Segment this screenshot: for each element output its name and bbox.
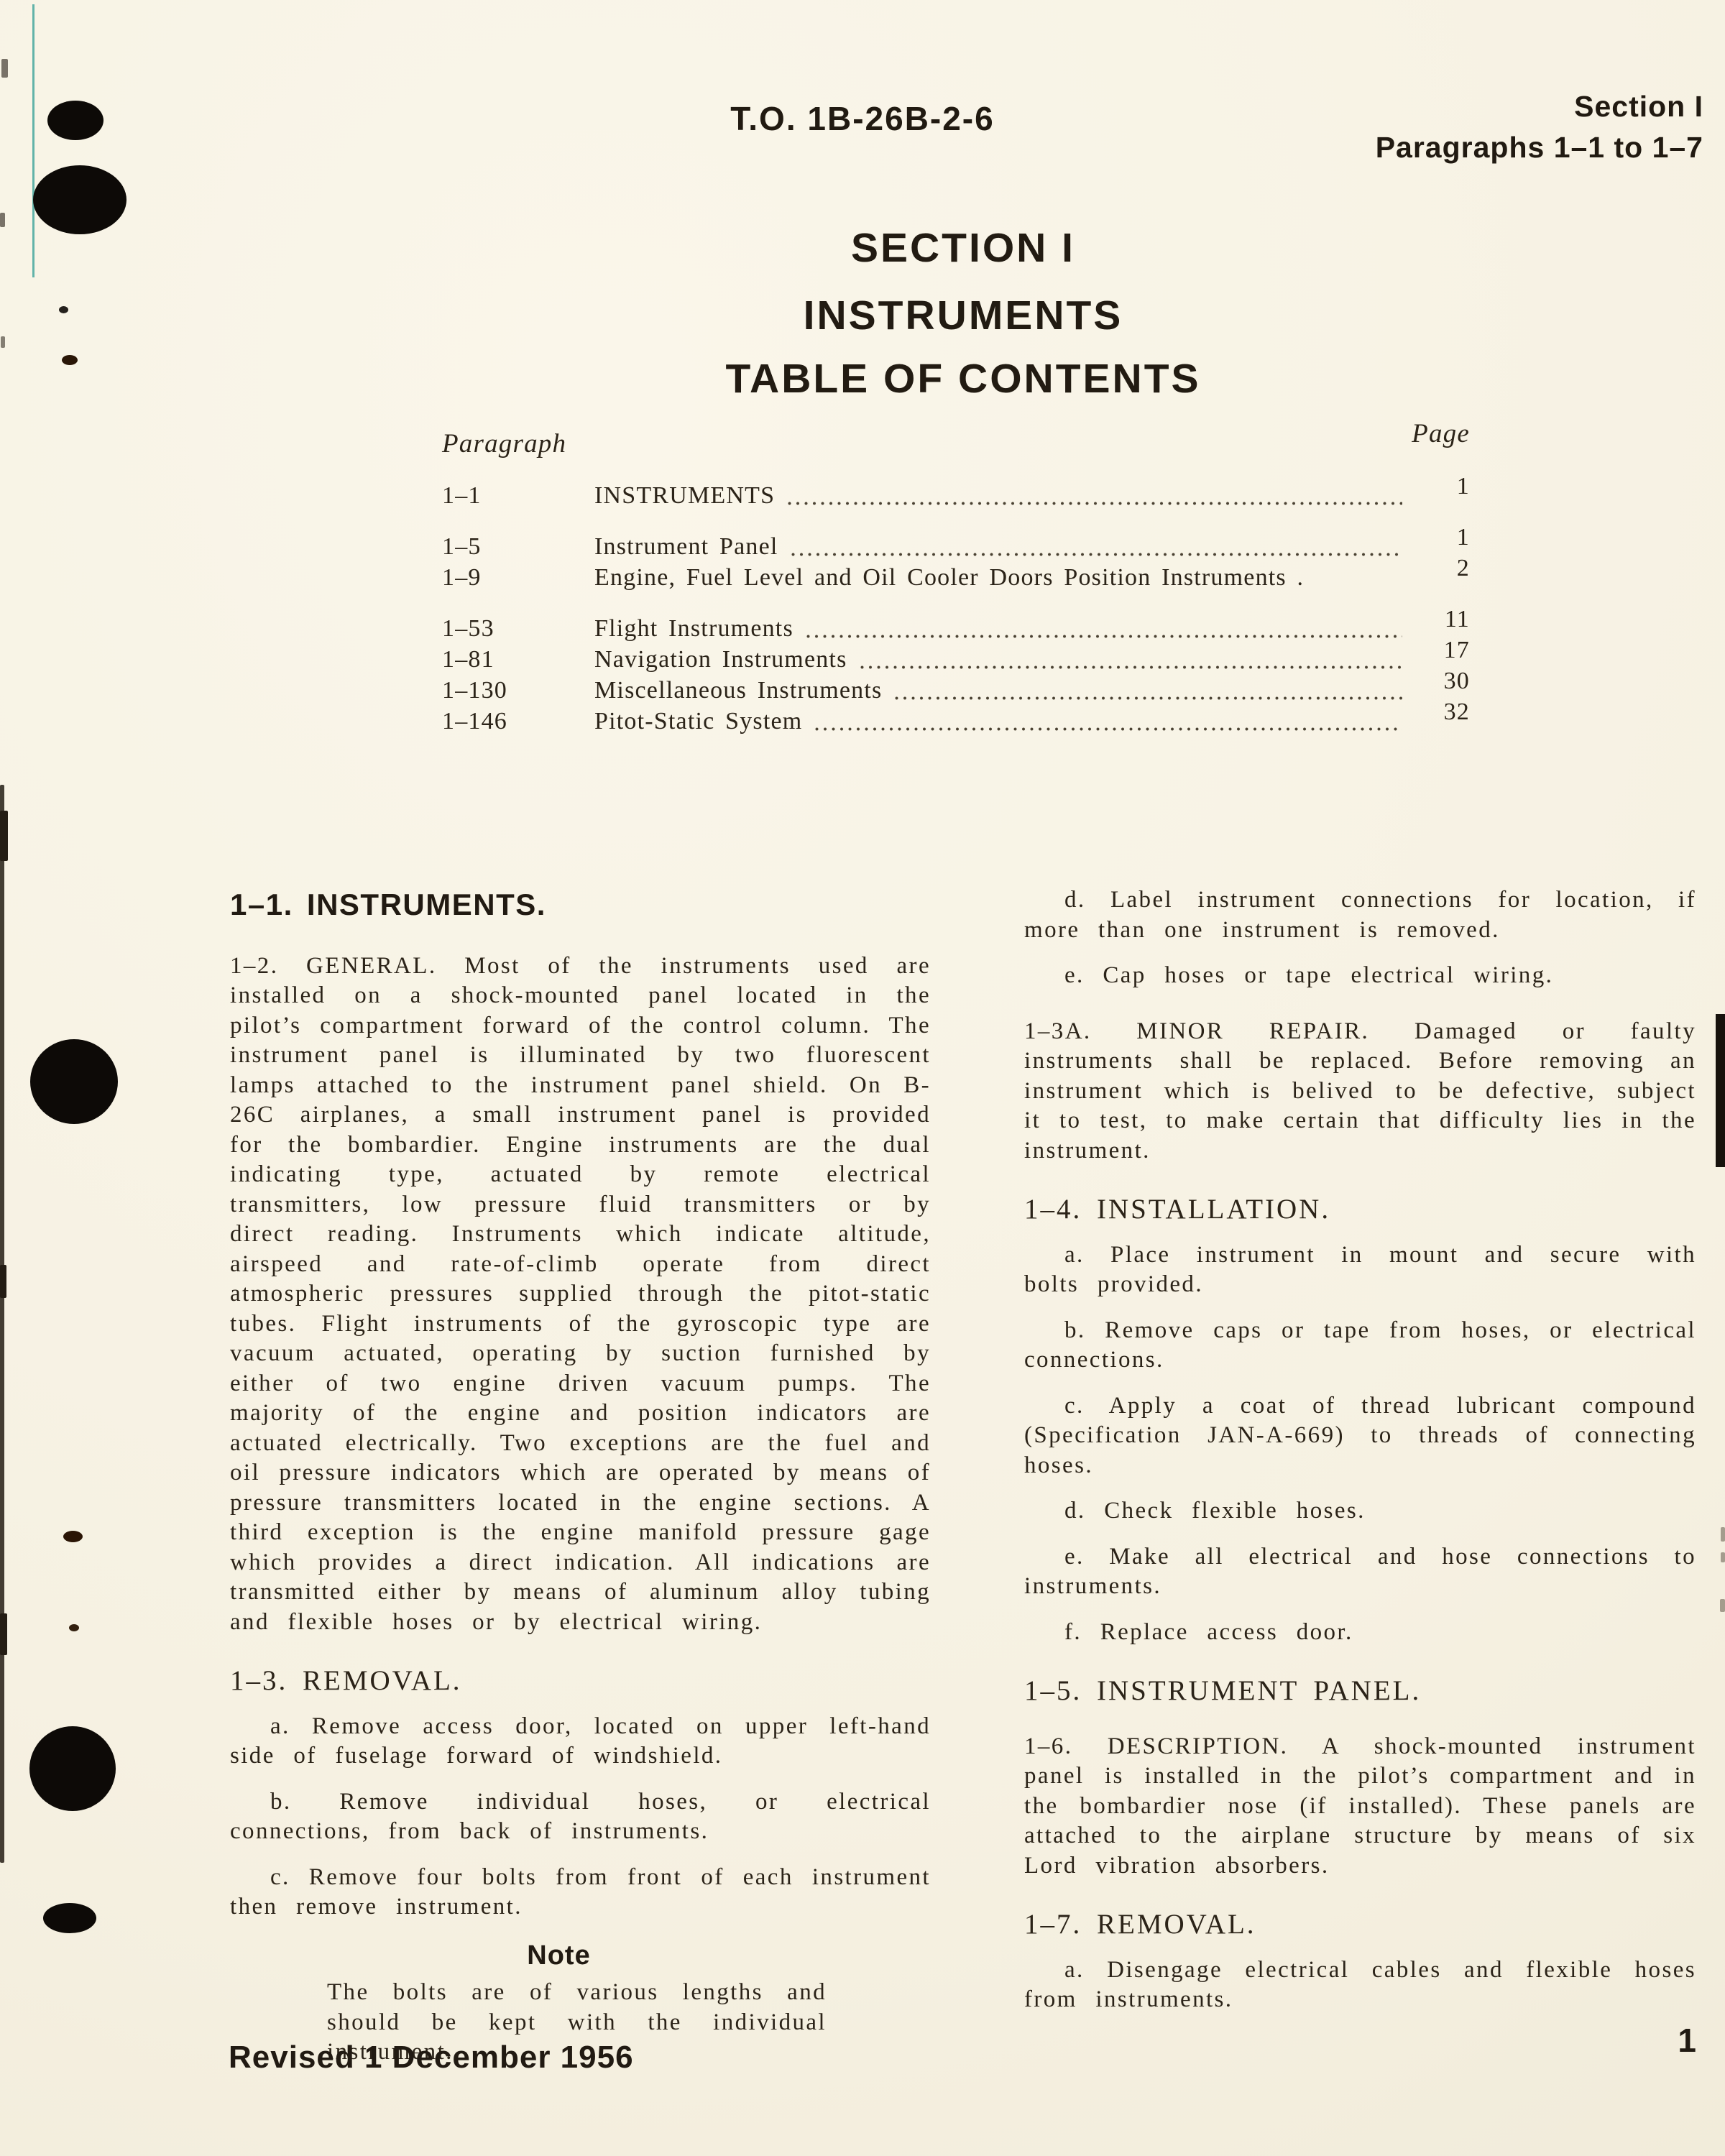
toc-dot-leader xyxy=(1317,566,1402,588)
toc-page-number: 1 xyxy=(1414,472,1470,501)
ink-dot-mark xyxy=(69,1624,79,1631)
numbered-heading: 1–5. INSTRUMENT PANEL. xyxy=(1024,1676,1696,1706)
toc-page-number: 17 xyxy=(1414,636,1470,665)
header-right-block: Section I Paragraphs 1–1 to 1–7 xyxy=(1376,86,1703,168)
punch-hole-mark xyxy=(33,165,126,234)
toc-dot-leader xyxy=(895,679,1402,701)
punch-hole-mark xyxy=(30,1039,118,1124)
toc-paragraph-number: 1–146 xyxy=(442,707,594,736)
binder-edge-mark xyxy=(1,336,5,348)
section-heading: 1–1. INSTRUMENTS. xyxy=(230,890,931,920)
toc-row: 1–146Pitot-Static System32 xyxy=(442,707,1470,736)
toc-page-number: 1 xyxy=(1414,523,1470,552)
toc-row: 1–5Instrument Panel1 xyxy=(442,533,1470,561)
toc-row: 1–130Miscellaneous Instruments30 xyxy=(442,676,1470,705)
toc-entry-title: Miscellaneous Instruments xyxy=(594,676,882,705)
toc-entry-title: Pitot-Static System xyxy=(594,707,802,736)
toc-paragraph-number: 1–130 xyxy=(442,676,594,705)
toc-row: 1–9Engine, Fuel Level and Oil Cooler Doo… xyxy=(442,563,1470,592)
punch-hole-mark xyxy=(43,1903,96,1933)
binder-edge-mark xyxy=(0,811,8,861)
toc-page-number: 30 xyxy=(1414,667,1470,696)
toc-row: 1–1INSTRUMENTS1 xyxy=(442,482,1470,510)
numbered-heading: 1–4. INSTALLATION. xyxy=(1024,1194,1696,1225)
numbered-heading: 1–3. REMOVAL. xyxy=(230,1666,931,1696)
ink-dot-mark xyxy=(59,306,68,313)
toc-page-number: 32 xyxy=(1414,698,1470,727)
toc-dot-leader xyxy=(815,710,1402,732)
toc-dot-leader xyxy=(788,484,1402,506)
left-column: 1–1. INSTRUMENTS.1–2. GENERAL. Most of t… xyxy=(230,890,931,2068)
binder-edge-mark xyxy=(1,59,8,78)
paragraph: c. Remove four bolts from front of each … xyxy=(230,1863,931,1922)
punch-hole-mark xyxy=(29,1726,116,1811)
toc-paragraph-number: 1–81 xyxy=(442,645,594,674)
toc-paragraph-header: Paragraph xyxy=(442,428,566,459)
toc-entry-title: Flight Instruments xyxy=(594,614,793,643)
toc-entry-title: Engine, Fuel Level and Oil Cooler Doors … xyxy=(594,563,1304,592)
toc-title: TABLE OF CONTENTS xyxy=(230,355,1696,402)
paragraph: c. Apply a coat of thread lubricant comp… xyxy=(1024,1391,1696,1481)
toc-dot-leader xyxy=(791,535,1402,557)
ink-dot-mark xyxy=(62,355,78,365)
toc-paragraph-number: 1–5 xyxy=(442,533,594,561)
scan-edge-artifact xyxy=(1721,1527,1725,1542)
right-column: d. Label instrument connections for loca… xyxy=(1024,885,1696,2015)
punch-hole-mark xyxy=(47,101,103,140)
toc-paragraph-number: 1–9 xyxy=(442,563,594,592)
paragraph: e. Cap hoses or tape electrical wiring. xyxy=(1024,961,1696,991)
toc-header-row: Paragraph Page xyxy=(442,428,1470,459)
paragraph: a. Remove access door, located on upper … xyxy=(230,1712,931,1772)
paragraph: d. Check flexible hoses. xyxy=(1024,1496,1696,1526)
paragraph: b. Remove caps or tape from hoses, or el… xyxy=(1024,1316,1696,1376)
footer-page-number: 1 xyxy=(1639,2021,1696,2060)
blue-margin-line xyxy=(32,4,34,277)
note-title: Note xyxy=(230,1941,888,1971)
table-of-contents: Paragraph Page 1–1INSTRUMENTS11–5Instrum… xyxy=(442,428,1470,736)
footer-revision-note: Revised 1 December 1956 xyxy=(229,2040,634,2076)
toc-paragraph-number: 1–1 xyxy=(442,482,594,510)
ink-dot-mark xyxy=(63,1531,83,1542)
toc-entry-title: Navigation Instruments xyxy=(594,645,847,674)
binder-edge-mark xyxy=(0,213,5,227)
revision-change-bar xyxy=(1716,1014,1725,1168)
paragraph: e. Make all electrical and hose connecti… xyxy=(1024,1542,1696,1602)
subject-title: INSTRUMENTS xyxy=(230,292,1696,339)
toc-entry-title: Instrument Panel xyxy=(594,533,778,561)
scan-edge-artifact xyxy=(1720,1599,1725,1612)
paragraph: a. Place instrument in mount and secure … xyxy=(1024,1240,1696,1300)
toc-page-number: 11 xyxy=(1414,605,1470,634)
header-paragraph-range: Paragraphs 1–1 to 1–7 xyxy=(1376,127,1703,168)
binder-edge-mark xyxy=(0,1613,7,1655)
numbered-heading: 1–7. REMOVAL. xyxy=(1024,1909,1696,1940)
toc-entry-title: INSTRUMENTS xyxy=(594,482,775,510)
document-page: T.O. 1B-26B-2-6 Section I Paragraphs 1–1… xyxy=(0,0,1725,2156)
paragraph: f. Replace access door. xyxy=(1024,1618,1696,1648)
paragraph: 1–2. GENERAL. Most of the instruments us… xyxy=(230,952,931,1638)
paragraph: 1–3A. MINOR REPAIR. Damaged or faulty in… xyxy=(1024,1017,1696,1166)
toc-row: 1–53Flight Instruments11 xyxy=(442,614,1470,643)
toc-page-number: 2 xyxy=(1414,554,1470,583)
scan-edge-artifact xyxy=(1721,1552,1725,1562)
binder-edge-mark xyxy=(0,1265,6,1298)
header-section-label: Section I xyxy=(1376,86,1703,127)
toc-dot-leader xyxy=(860,648,1402,670)
toc-page-header: Page xyxy=(1412,418,1470,449)
paragraph: d. Label instrument connections for loca… xyxy=(1024,885,1696,945)
binder-edge-mark xyxy=(0,785,4,1863)
paragraph: 1–6. DESCRIPTION. A shock-mounted instru… xyxy=(1024,1732,1696,1881)
toc-dot-leader xyxy=(806,617,1402,639)
toc-paragraph-number: 1–53 xyxy=(442,614,594,643)
section-title: SECTION I xyxy=(230,224,1696,272)
paragraph: b. Remove individual hoses, or electrica… xyxy=(230,1787,931,1847)
paragraph: a. Disengage electrical cables and flexi… xyxy=(1024,1955,1696,2015)
toc-row: 1–81Navigation Instruments17 xyxy=(442,645,1470,674)
toc-rows: 1–1INSTRUMENTS11–5Instrument Panel11–9En… xyxy=(442,482,1470,736)
